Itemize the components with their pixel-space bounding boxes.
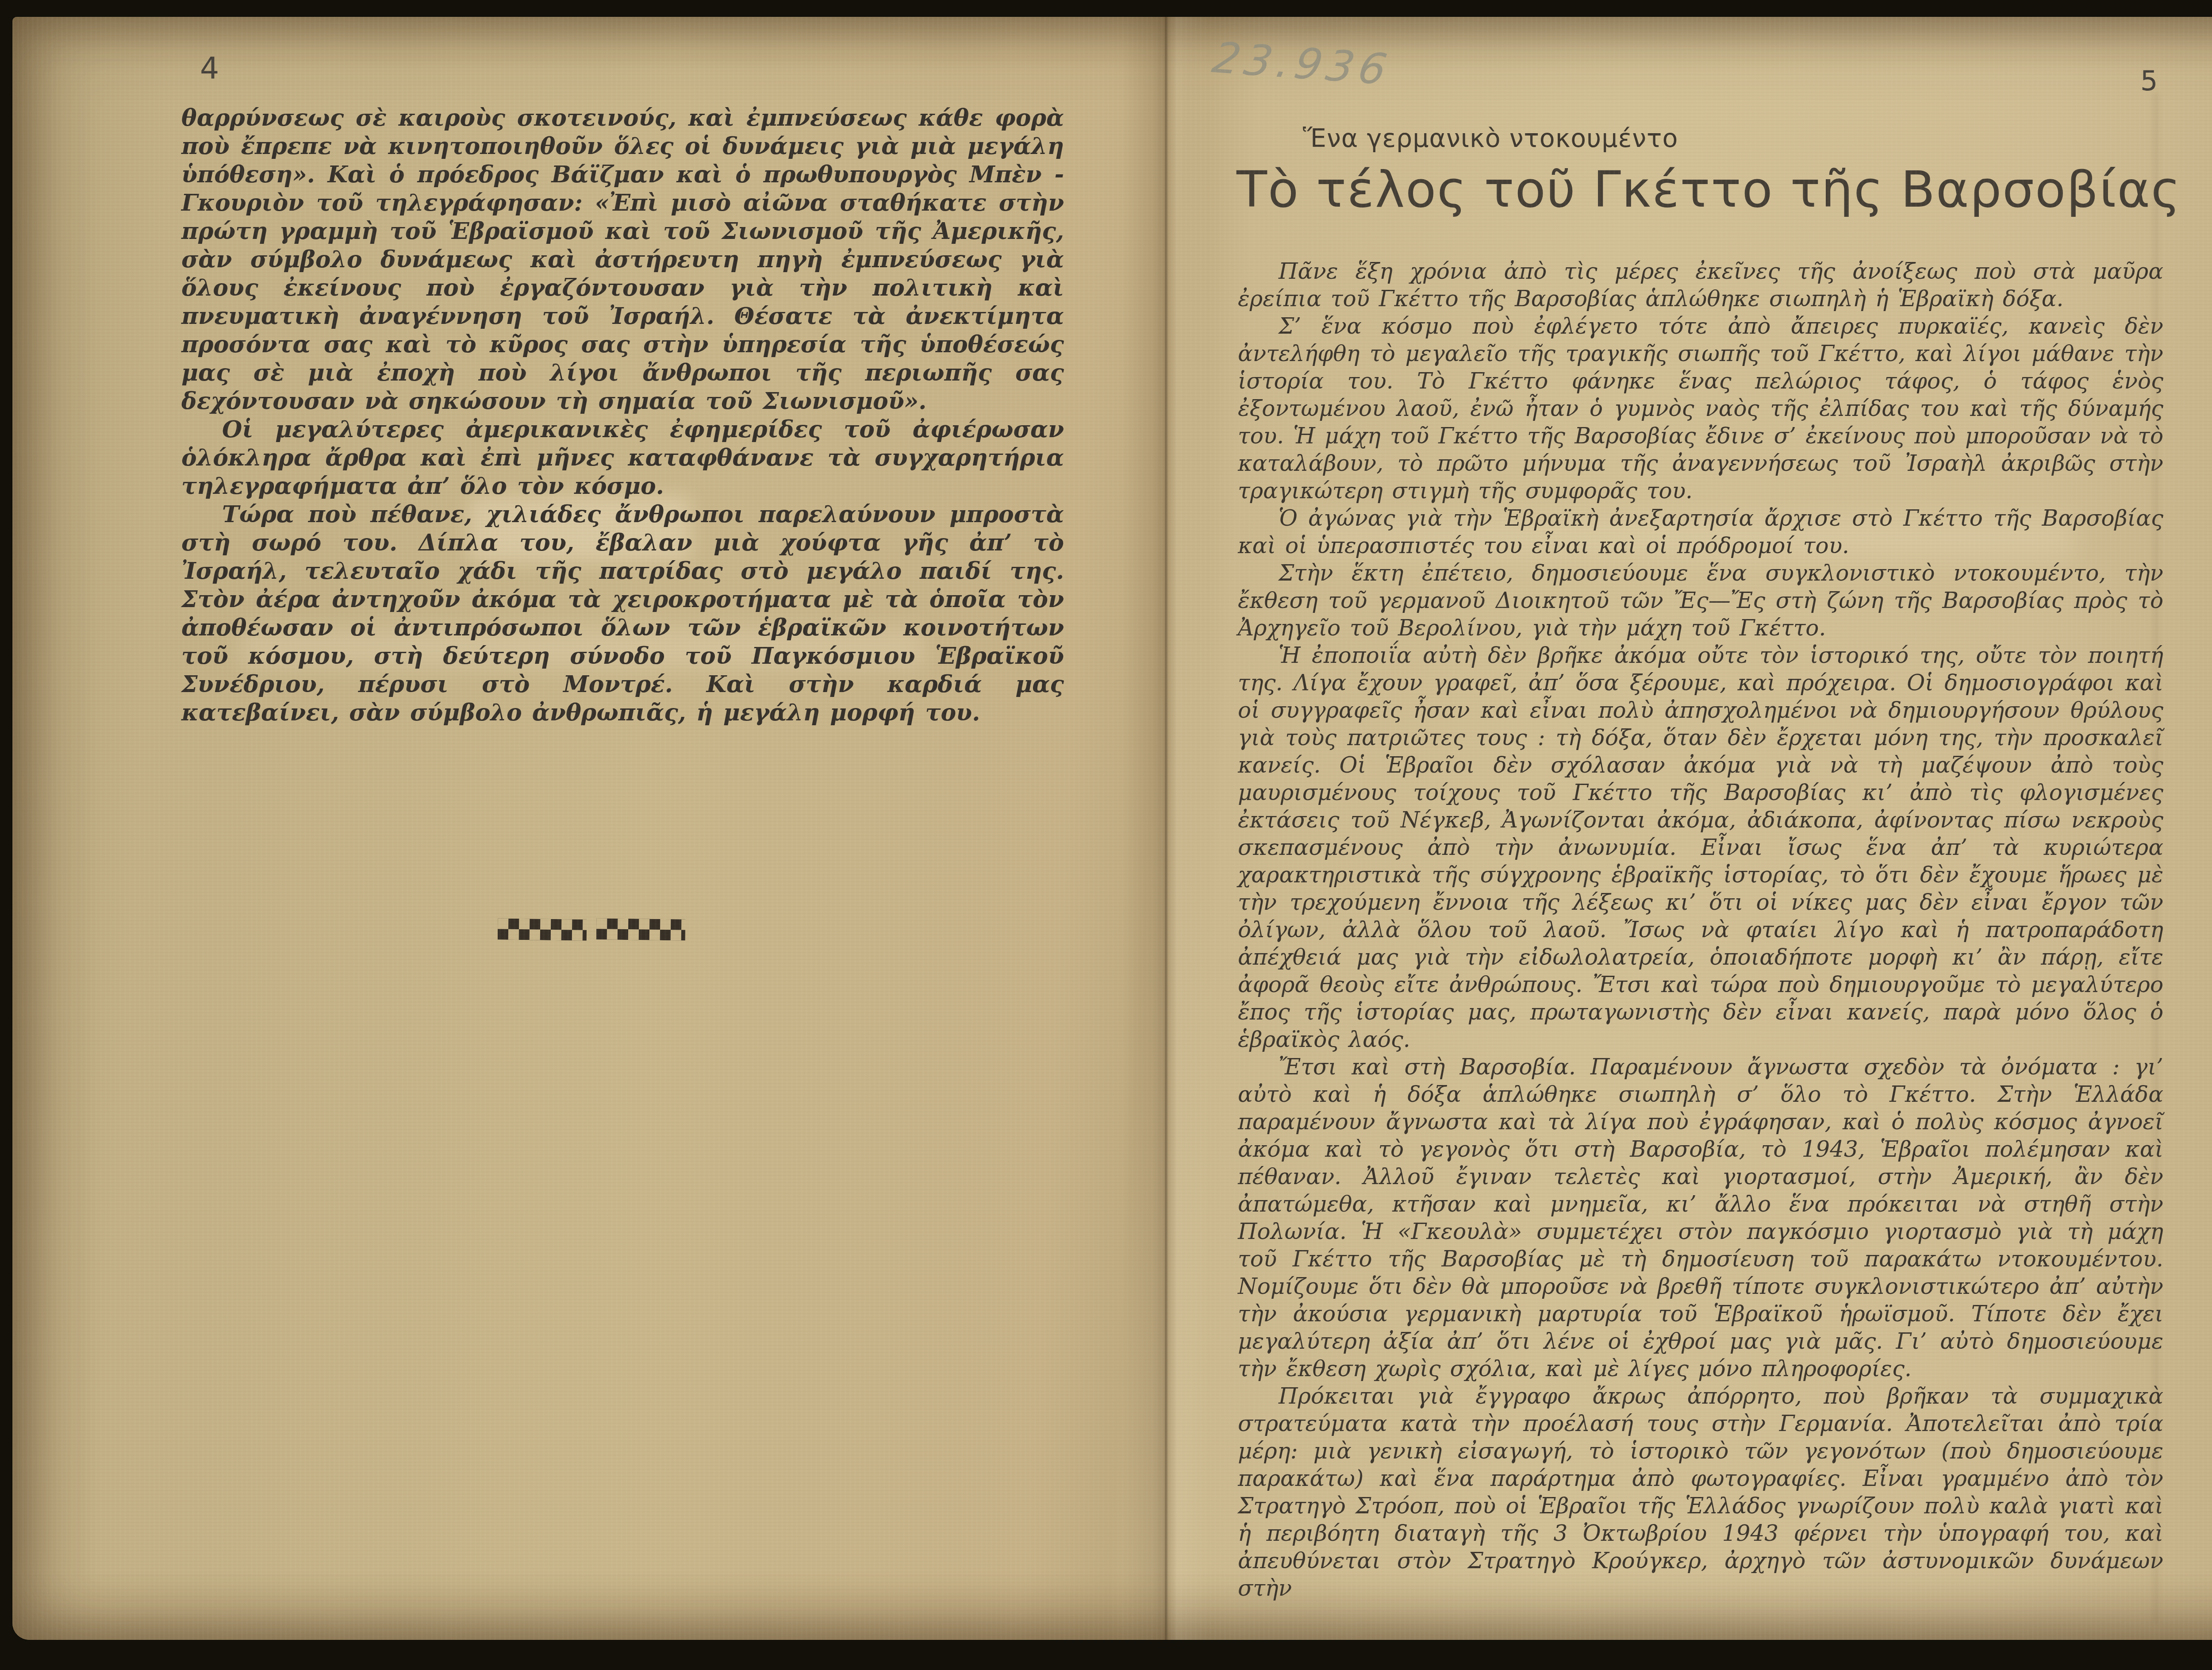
body-paragraph: Ὁ ἀγώνας γιὰ τὴν Ἑβραϊκὴ ἀνεξαρτησία ἄρχ…	[1238, 504, 2163, 559]
checkered-divider	[498, 918, 686, 942]
checkered-divider-segment	[596, 918, 686, 940]
body-paragraph: Σ’ ἕνα κόσμο ποὺ ἐφλέγετο τότε ἀπὸ ἄπειρ…	[1238, 312, 2163, 504]
article-title: Τὸ τέλος τοῦ Γκέττο τῆς Βαρσοβίας	[1237, 160, 2163, 219]
body-paragraph: Οἱ μεγαλύτερες ἀμερικανικὲς ἐφημερίδες τ…	[181, 416, 1064, 500]
scanned-book-spread: 4 θαρρύνσεως σὲ καιροὺς σκοτεινούς, καὶ …	[0, 0, 2212, 1670]
body-paragraph: Πρόκειται γιὰ ἔγγραφο ἄκρως ἀπόρρητο, πο…	[1238, 1382, 2163, 1602]
checkered-divider-segment	[498, 918, 587, 940]
right-page-text-column: Πᾶνε ἕξη χρόνια ἀπὸ τὶς μέρες ἐκεῖνες τῆ…	[1238, 258, 2163, 1602]
body-paragraph: θαρρύνσεως σὲ καιροὺς σκοτεινούς, καὶ ἐμ…	[181, 104, 1064, 416]
left-page-text-column: θαρρύνσεως σὲ καιροὺς σκοτεινούς, καὶ ἐμ…	[181, 104, 1064, 727]
body-paragraph: Ἔτσι καὶ στὴ Βαρσοβία. Παραμένουν ἄγνωστ…	[1238, 1053, 2163, 1382]
body-paragraph: Πᾶνε ἕξη χρόνια ἀπὸ τὶς μέρες ἐκεῖνες τῆ…	[1238, 258, 2163, 312]
body-paragraph: Τώρα ποὺ πέθανε, χιλιάδες ἄνθρωποι παρελ…	[181, 500, 1064, 727]
right-page-number: 5	[2140, 65, 2158, 97]
body-paragraph: Στὴν ἕκτη ἐπέτειο, δημοσιεύουμε ἕνα συγκ…	[1238, 559, 2163, 642]
body-paragraph: Ἡ ἐποποιΐα αὐτὴ δὲν βρῆκε ἀκόμα οὔτε τὸν…	[1238, 642, 2163, 1053]
article-kicker: Ἕνα γερμανικὸ ντοκουμέντο	[1303, 124, 1678, 153]
left-page-number: 4	[200, 51, 219, 86]
